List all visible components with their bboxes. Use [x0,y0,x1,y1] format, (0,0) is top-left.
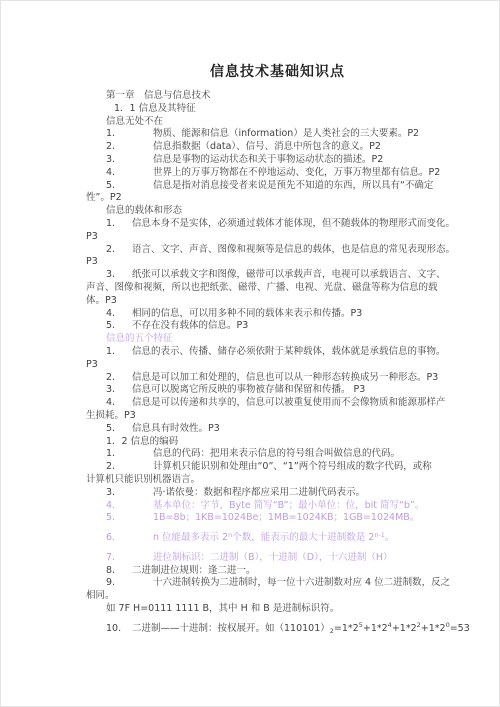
superscript-text: n-1 [374,531,385,539]
wrapped-text-line: 相同。 [86,590,469,603]
numbered-line: 1.物质、能源和信息（information）是人类社会的三大要素。P2 [106,128,469,141]
numbered-line: 3.纸张可以承载文字和图像，磁带可以承载声音，电视可以承载语言、文字、 [106,269,469,282]
heading-line: 如 7F H=0111 1111 B，其中 H 和 B 是进制标识符。 [106,603,469,616]
list-item-text: 基本单位：字节，Byte 简写“B”；最小单位：位，bit 简写“b”。 [153,500,424,513]
numbered-line: 3.信息是事物的运动状态和关于事物运动状态的描述。P2 [106,154,469,167]
list-number: 5. [106,180,153,193]
list-number: 5. [106,320,132,333]
list-number: 8. [106,565,132,578]
list-number: 6. [106,532,153,545]
line-text: 个数，能表示的最大十进制数是 2 [232,532,374,543]
list-item-text: 进位制标识：二进制（B），十进制（D），十六进制（H） [153,552,392,565]
numbered-line: 5.不存在没有载体的信息。P3 [106,320,469,333]
list-item-text: 信息指数据（data）、信号、消息中所包含的意义。P2 [153,141,381,154]
list-item-text: 信息的表示、传播、储存必须依附于某种载体，载体就是承载信息的事物。 [132,346,446,359]
list-number: 1. [106,128,153,141]
wrapped-text-line: P3 [86,359,469,372]
superscript-text: 2 [417,621,421,629]
numbered-line: 5.1B=8b；1KB=1024Be；1MB=1024KB；1GB=1024MB… [106,512,469,525]
list-number: 2. [106,244,132,257]
list-number: 1. [106,448,153,461]
wrapped-text-line: 性”。P2 [86,192,469,205]
wrapped-text-line: 声音、图像和视频，所以也把纸张、磁带、广播、电视、光盘、磁盘等称为信息的载 [86,282,469,295]
superscript-text: 0 [446,621,450,629]
list-number: 4. [106,500,153,513]
numbered-line: 4.基本单位：字节，Byte 简写“B”；最小单位：位，bit 简写“b”。 [106,500,469,513]
line-text: 二进制——十进制：按权展开。如（110101） [132,623,330,634]
subscript-text: 2 [330,627,334,635]
list-number: 3. [106,154,153,167]
wrapped-text-line: P3 [86,231,469,244]
list-number: 4. [106,167,153,180]
line-text: 。 [385,532,395,543]
document-page: 信息技术基础知识点 第一章 信息与信息技术1．1 信息及其特征信息无处不在1.物… [0,0,500,707]
numbered-line: 3.冯·诺依曼：数据和程序都应采用二进制代码表示。 [106,487,469,500]
list-item-text: 信息是可以加工和处理的，信息也可以从一种形态转换成另一种形态。P3 [132,372,438,385]
heading-line: 信息的五个特征 [106,333,469,346]
line-text: =1*2 [334,623,359,634]
numbered-line: 4.世界上的万事万物都在不停地运动、变化，万事万物里都有信息。P2 [106,167,469,180]
list-number: 3. [106,384,132,397]
list-item-text: 语言、文字、声音、图像和视频等是信息的载体，也是信息的常见表现形态。 [132,244,455,257]
list-item-text: 信息的代码：把用来表示信息的符号组合叫做信息的代码。 [153,448,400,461]
numbered-line: 2.计算机只能识别和处理由“0”、“1”两个符号组成的数字代码，或称 [106,461,469,474]
list-number: 5. [106,512,153,525]
numbered-line: 5.信息具有时效性。P3 [106,423,469,436]
list-number: 7. [106,552,153,565]
list-number: 5. [106,423,132,436]
wrapped-text-line: P3 [86,256,469,269]
heading-line: 第一章 信息与信息技术 [106,90,469,103]
numbered-line: 1.信息的代码：把用来表示信息的符号组合叫做信息的代码。 [106,448,469,461]
heading-line: 1．2 信息的编码 [106,436,469,449]
list-item-text: 信息是事物的运动状态和关于事物运动状态的描述。P2 [153,154,383,167]
list-item-text: 世界上的万事万物都在不停地运动、变化，万事万物里都有信息。P2 [153,167,440,180]
superscript-text: 5 [359,621,363,629]
heading-line: 信息无处不在 [106,116,469,129]
numbered-line: 3.信息可以脱离它所反映的事物被存储和保留和传播。 P3 [106,384,469,397]
heading-line: 信息的载体和形态 [106,205,469,218]
list-number: 1. [106,218,132,231]
numbered-line: 1.信息本身不是实体，必须通过载体才能体现，但不随载体的物理形式而变化。 [106,218,469,231]
superscript-text: 4 [388,621,392,629]
list-item-text: 相同的信息，可以用多种不同的载体来表示和传播。P3 [132,308,362,321]
list-item-text: 信息是可以传递和共享的，信息可以被重复使用而不会像物质和能源那样产 [132,397,446,410]
numbered-line: 5.信息是指对消息接受者来说是预先不知道的东西，所以具有“不确定 [106,180,469,193]
wrapped-text-line: 体。P3 [86,295,469,308]
numbered-line: 4.相同的信息，可以用多种不同的载体来表示和传播。P3 [106,308,469,321]
line-text: =53 [450,623,470,634]
list-item-text: 二进制——十进制：按权展开。如（110101）2=1*25+1*24+1*22+… [132,623,470,636]
list-number: 2. [106,141,153,154]
list-number: 3. [106,269,132,282]
numbered-line: 7.进位制标识：二进制（B），十进制（D），十六进制（H） [106,552,469,565]
line-text: +1*2 [421,623,446,634]
list-item-text: 信息可以脱离它所反映的事物被存储和保留和传播。 P3 [132,384,365,397]
numbered-line: 2.语言、文字、声音、图像和视频等是信息的载体，也是信息的常见表现形态。 [106,244,469,257]
line-text: +1*2 [363,623,388,634]
line-text: +1*2 [392,623,417,634]
numbered-line: 1.信息的表示、传播、储存必须依附于某种载体，载体就是承载信息的事物。 [106,346,469,359]
list-item-text: 计算机只能识别和处理由“0”、“1”两个符号组成的数字代码，或称 [153,461,432,474]
list-item-text: 1B=8b；1KB=1024Be；1MB=1024KB；1GB=1024MB。 [153,512,419,525]
list-item-text: 信息是指对消息接受者来说是预先不知道的东西，所以具有“不确定 [153,180,433,193]
list-number: 3. [106,487,153,500]
numbered-line: 2.信息是可以加工和处理的，信息也可以从一种形态转换成另一种形态。P3 [106,372,469,385]
list-item-text: n 位能最多表示 2n个数，能表示的最大十进制数是 2n-1。 [153,532,394,545]
document-body: 第一章 信息与信息技术1．1 信息及其特征信息无处不在1.物质、能源和信息（in… [86,90,469,636]
wrapped-text-line: 生损耗。P3 [86,410,469,423]
list-item-text: 十六进制转换为二进制时，每一位十六进制数对应 4 位二进制数，反之 [153,577,450,590]
list-item-text: 信息本身不是实体，必须通过载体才能体现，但不随载体的物理形式而变化。 [132,218,455,231]
list-item-text: 二进制进位规则：逢二进一。 [132,565,256,578]
list-number: 4. [106,308,132,321]
list-number: 2. [106,372,132,385]
numbered-line: 8.二进制进位规则：逢二进一。 [106,565,469,578]
numbered-line: 4.信息是可以传递和共享的，信息可以被重复使用而不会像物质和能源那样产 [106,397,469,410]
numbered-line: 10.二进制——十进制：按权展开。如（110101）2=1*25+1*24+1*… [106,623,469,636]
heading-line: 1．1 信息及其特征 [114,103,469,116]
page-title: 信息技术基础知识点 [86,65,469,80]
numbered-line: 9.十六进制转换为二进制时，每一位十六进制数对应 4 位二进制数，反之 [106,577,469,590]
list-number: 4. [106,397,132,410]
list-item-text: 冯·诺依曼：数据和程序都应采用二进制代码表示。 [153,487,365,500]
list-number: 1. [106,346,132,359]
list-number: 10. [106,623,132,636]
list-item-text: 信息具有时效性。P3 [132,423,220,436]
superscript-text: n [228,531,232,539]
numbered-line: 2.信息指数据（data）、信号、消息中所包含的意义。P2 [106,141,469,154]
list-item-text: 物质、能源和信息（information）是人类社会的三大要素。P2 [153,128,419,141]
line-text: n 位能最多表示 2 [153,532,228,543]
list-item-text: 纸张可以承载文字和图像，磁带可以承载声音，电视可以承载语言、文字、 [132,269,446,282]
numbered-line: 6.n 位能最多表示 2n个数，能表示的最大十进制数是 2n-1。 [106,532,469,545]
list-number: 9. [106,577,153,590]
list-number: 2. [106,461,153,474]
list-item-text: 不存在没有载体的信息。P3 [132,320,248,333]
wrapped-text-line: 计算机只能识别机器语言。 [86,474,469,487]
